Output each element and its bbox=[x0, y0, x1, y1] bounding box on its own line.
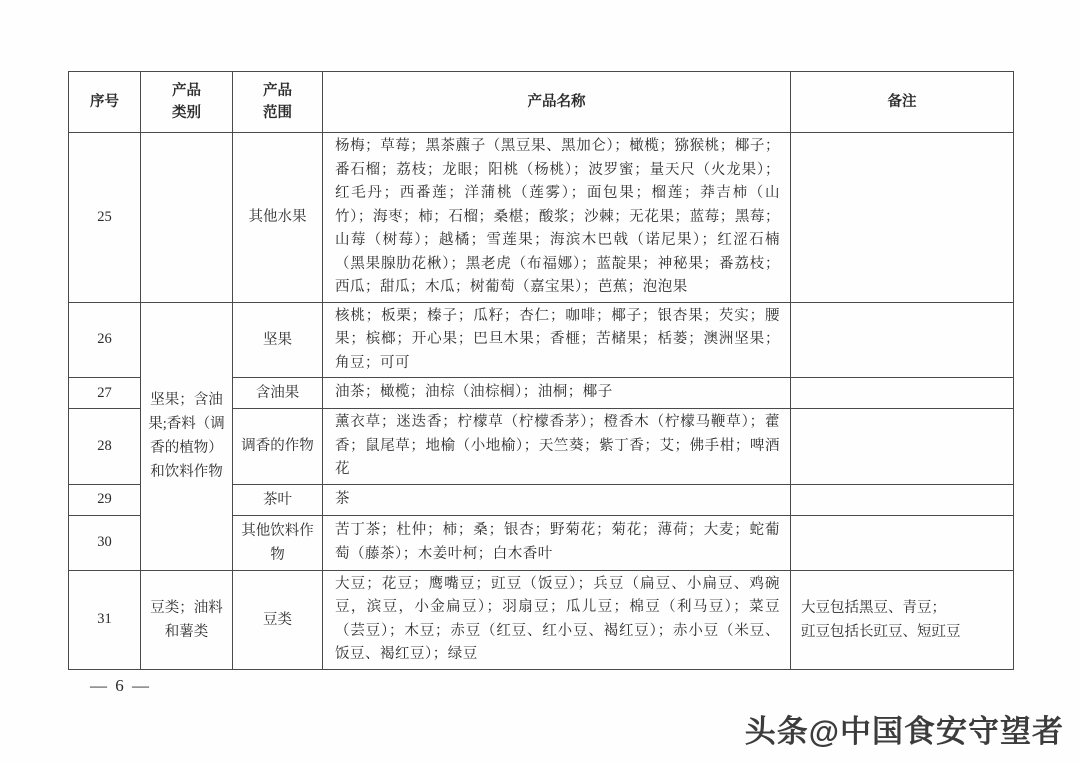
header-name: 产品名称 bbox=[323, 72, 791, 133]
product-table: 序号 产品 类别 产品 范围 产品名称 备注 25 其他水果 杨梅；草莓；黑茶藨… bbox=[68, 71, 1014, 670]
cell-scope: 茶叶 bbox=[233, 484, 323, 515]
cell-product-names: 大豆；花豆；鹰嘴豆；豇豆（饭豆）；兵豆（扁豆、小扁豆、鸡碗豆，滨豆，小金扁豆）；… bbox=[323, 570, 791, 669]
page-number: — 6 — bbox=[90, 676, 151, 696]
cell-no: 30 bbox=[69, 515, 141, 570]
header-note: 备注 bbox=[791, 72, 1014, 133]
cell-product-names: 茶 bbox=[323, 484, 791, 515]
cell-category bbox=[141, 133, 233, 303]
cell-scope: 坚果 bbox=[233, 302, 323, 378]
cell-category: 豆类；油料和薯类 bbox=[141, 570, 233, 669]
watermark-text: 头条@中国食安守望者 bbox=[745, 706, 1064, 751]
header-category: 产品 类别 bbox=[141, 72, 233, 133]
cell-no: 28 bbox=[69, 409, 141, 485]
cell-scope: 其他饮料作物 bbox=[233, 515, 323, 570]
document-page: 序号 产品 类别 产品 范围 产品名称 备注 25 其他水果 杨梅；草莓；黑茶藨… bbox=[0, 0, 1080, 763]
cell-no: 26 bbox=[69, 302, 141, 378]
cell-no: 31 bbox=[69, 570, 141, 669]
header-scope: 产品 范围 bbox=[233, 72, 323, 133]
cell-product-names: 油茶；橄榄；油棕（油棕榈）；油桐；椰子 bbox=[323, 378, 791, 409]
table-row: 31 豆类；油料和薯类 豆类 大豆；花豆；鹰嘴豆；豇豆（饭豆）；兵豆（扁豆、小扁… bbox=[69, 570, 1014, 669]
cell-product-names: 薰衣草；迷迭香；柠檬草（柠檬香茅）；橙香木（柠檬马鞭草）；藿香；鼠尾草；地榆（小… bbox=[323, 409, 791, 485]
table-row: 26 坚果；含油果;香料（调香的植物）和饮料作物 坚果 核桃；板栗；榛子；瓜籽；… bbox=[69, 302, 1014, 378]
cell-note bbox=[791, 484, 1014, 515]
cell-product-names: 核桃；板栗；榛子；瓜籽；杏仁；咖啡；椰子；银杏果；芡实；腰果；槟榔；开心果；巴旦… bbox=[323, 302, 791, 378]
cell-scope: 含油果 bbox=[233, 378, 323, 409]
cell-note bbox=[791, 409, 1014, 485]
cell-category-merged: 坚果；含油果;香料（调香的植物）和饮料作物 bbox=[141, 302, 233, 570]
table-header-row: 序号 产品 类别 产品 范围 产品名称 备注 bbox=[69, 72, 1014, 133]
cell-note bbox=[791, 133, 1014, 303]
cell-note bbox=[791, 302, 1014, 378]
cell-scope: 其他水果 bbox=[233, 133, 323, 303]
cell-scope: 调香的作物 bbox=[233, 409, 323, 485]
cell-note bbox=[791, 515, 1014, 570]
header-no: 序号 bbox=[69, 72, 141, 133]
cell-scope: 豆类 bbox=[233, 570, 323, 669]
cell-no: 25 bbox=[69, 133, 141, 303]
cell-no: 29 bbox=[69, 484, 141, 515]
cell-product-names: 苦丁茶；杜仲；柿；桑；银杏；野菊花；菊花；薄荷；大麦；蛇葡萄（藤茶）；木姜叶柯；… bbox=[323, 515, 791, 570]
cell-product-names: 杨梅；草莓；黑茶藨子（黑豆果、黑加仑）；橄榄；猕猴桃；椰子；番石榴；荔枝；龙眼；… bbox=[323, 133, 791, 303]
cell-note: 大豆包括黑豆、青豆； 豇豆包括长豇豆、短豇豆 bbox=[791, 570, 1014, 669]
cell-no: 27 bbox=[69, 378, 141, 409]
cell-note bbox=[791, 378, 1014, 409]
table-row: 25 其他水果 杨梅；草莓；黑茶藨子（黑豆果、黑加仑）；橄榄；猕猴桃；椰子；番石… bbox=[69, 133, 1014, 303]
